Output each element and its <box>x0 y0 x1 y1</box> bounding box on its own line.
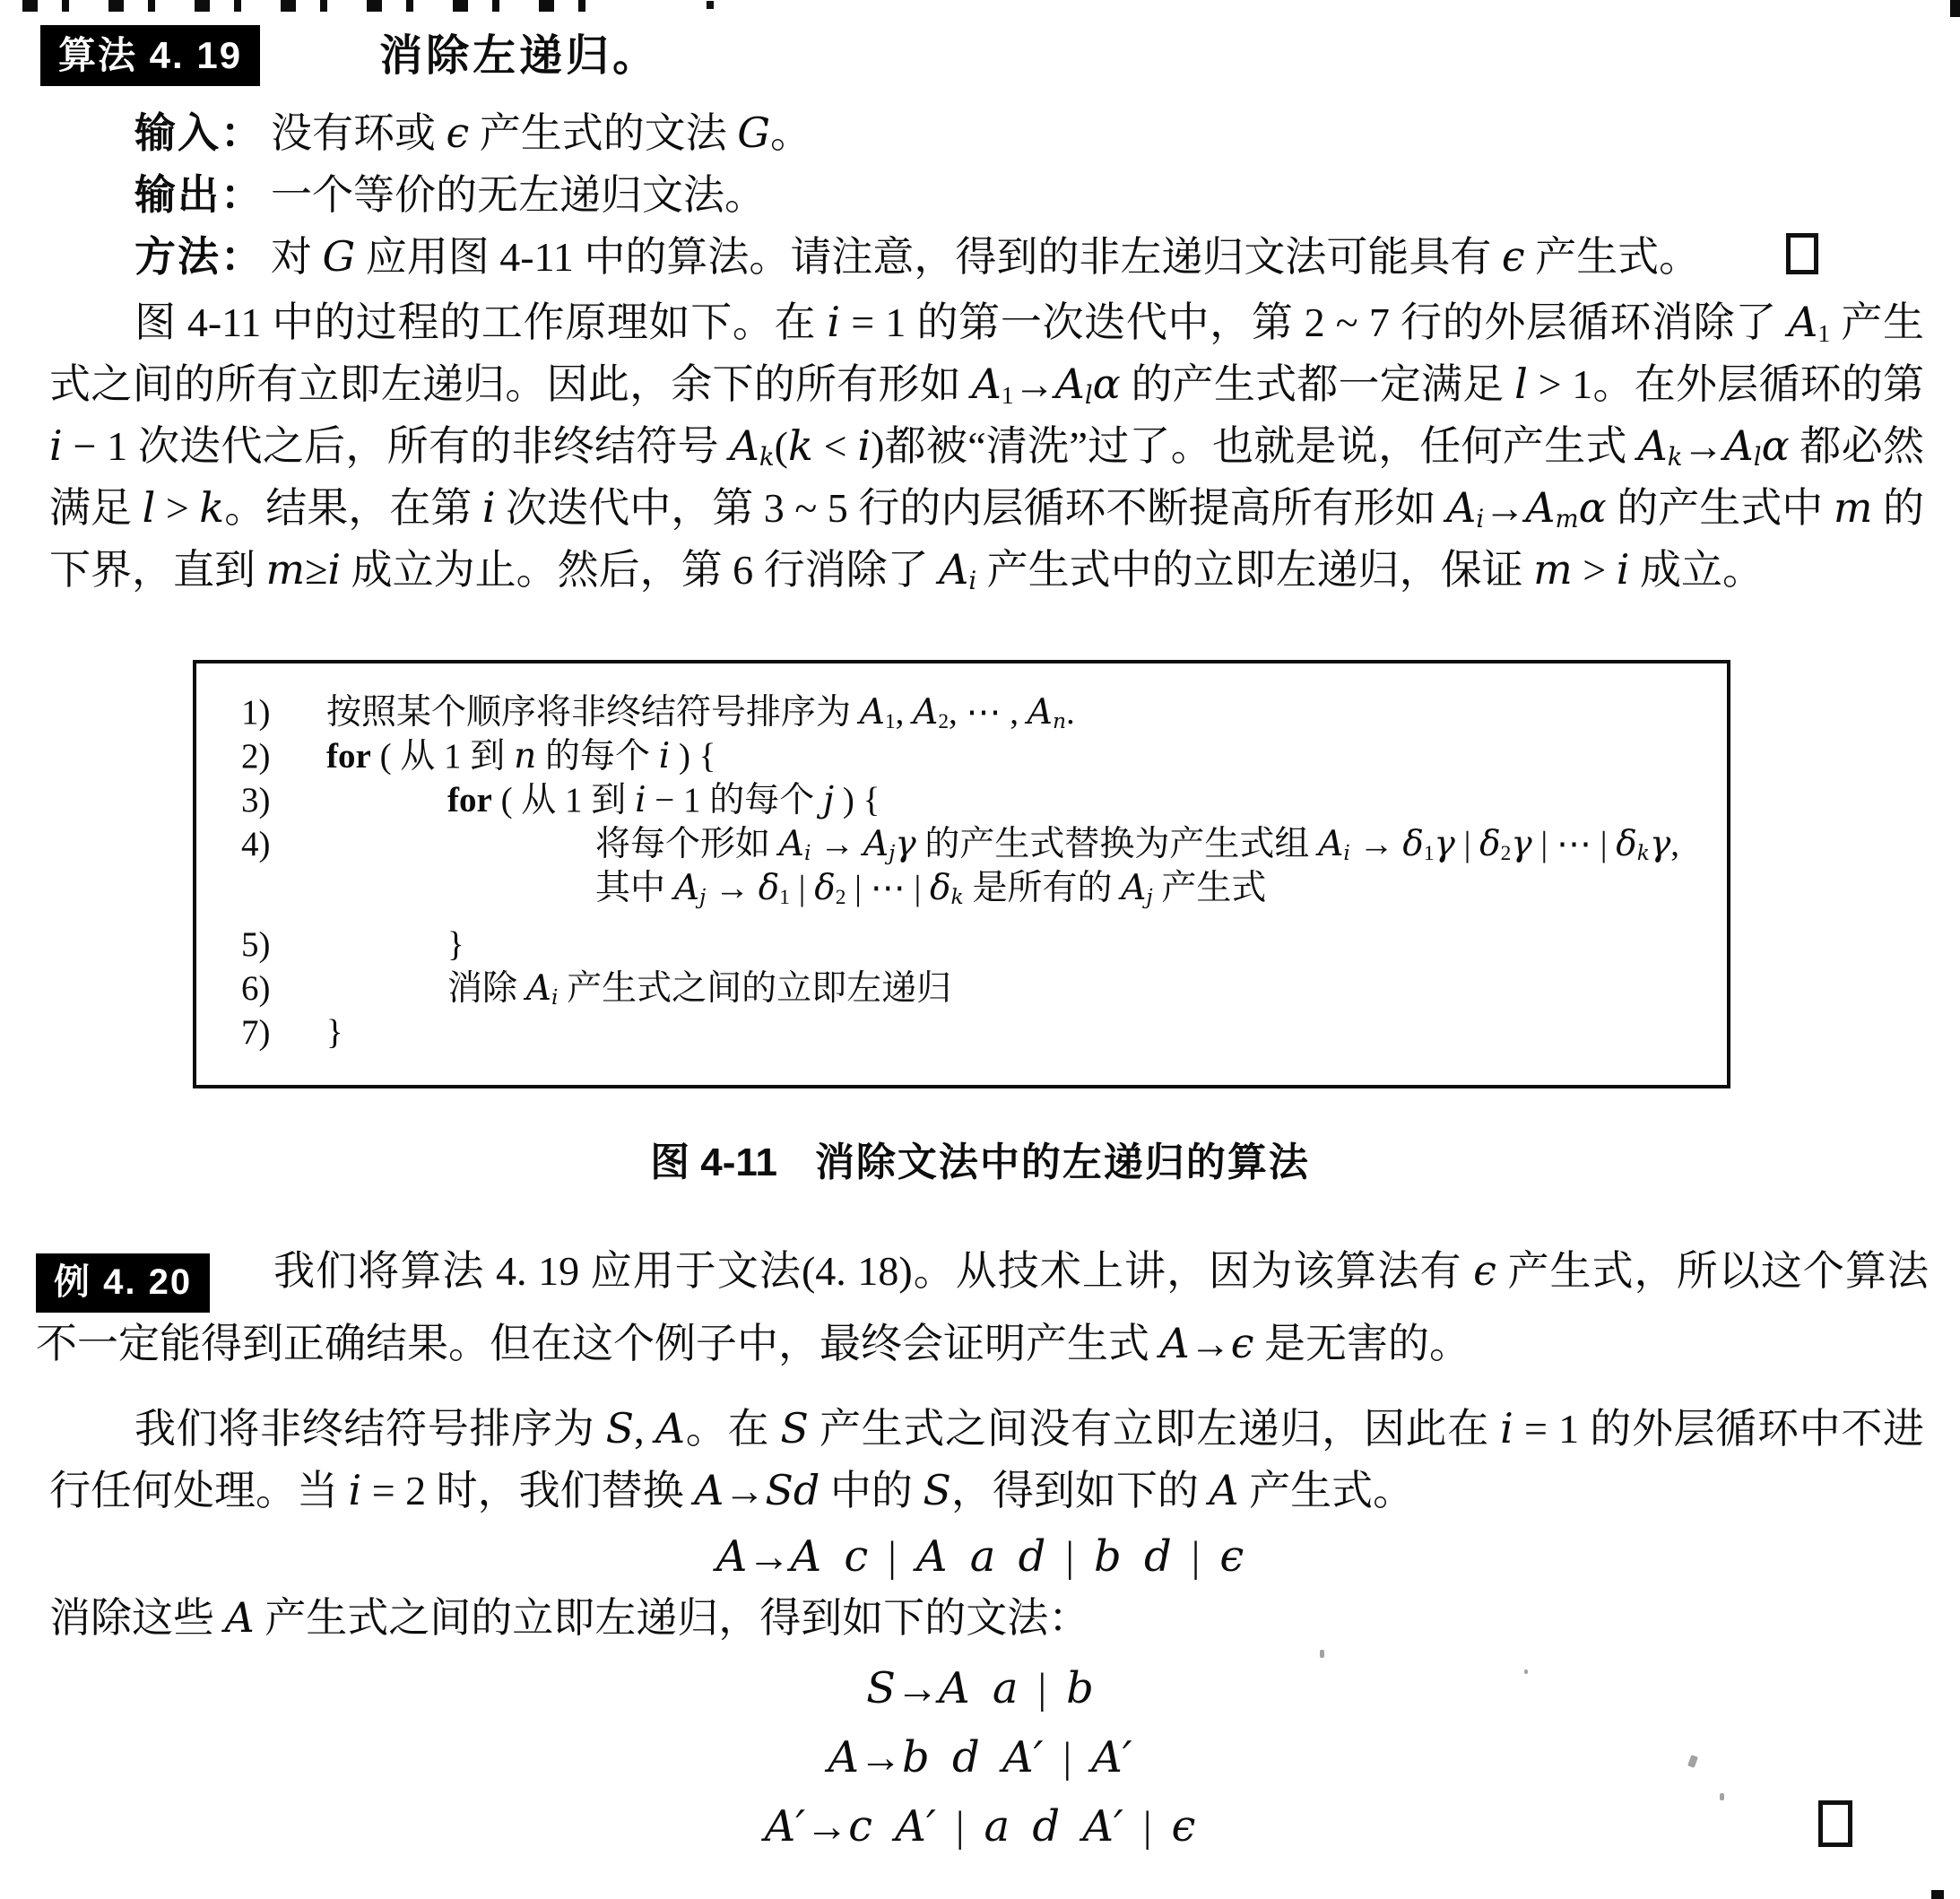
scan-speckle <box>1524 1669 1528 1674</box>
code-line-1: 1) 按照某个顺序将非终结符号排序为 A1, A2, ⋯ , An. <box>241 690 1704 734</box>
algorithm-title: 消除左递归。 <box>379 25 659 87</box>
end-of-algorithm-marker <box>1786 233 1818 274</box>
output-label: 输出： <box>134 171 264 218</box>
method-text: 对 G 应用图 4-11 中的算法。请注意，得到的非左递归文法可能具有 ϵ 产生… <box>271 234 1700 280</box>
end-of-example-marker <box>1818 1800 1852 1847</box>
figure-caption: 图 4-11消除文法中的左递归的算法 <box>0 1132 1960 1193</box>
line-number: 3) <box>241 778 326 822</box>
line-number: 7) <box>241 1010 326 1054</box>
code-text: for ( 从 1 到 i − 1 的每个 j ) { <box>326 778 880 822</box>
scan-speckle <box>707 1 714 9</box>
algorithm-heading: 算法 4. 19 消除左递归。 <box>40 23 1960 88</box>
figure-4-11-pseudocode-box: 1) 按照某个顺序将非终结符号排序为 A1, A2, ⋯ , An. 2) fo… <box>193 660 1730 1088</box>
code-text: 其中 Aj → δ1 | δ2 | ⋯ | δk 是所有的 Aj 产生式 <box>326 866 1266 910</box>
grammar-line-a-prime: A′→c A′ | a d A′ | ϵ <box>0 1792 1960 1861</box>
figure-caption-label: 图 4-11 <box>650 1140 777 1184</box>
line-number: 1) <box>241 690 326 734</box>
scan-speckle <box>1320 1650 1324 1658</box>
code-text: } <box>326 1010 343 1054</box>
code-text: 将每个形如 Ai → Ajγ 的产生式替换为产生式组 Ai → δ1γ | δ2… <box>326 822 1679 866</box>
method-label: 方法： <box>134 233 264 280</box>
method-line: 方法：对 G 应用图 4-11 中的算法。请注意，得到的非左递归文法可能具有 ϵ… <box>134 226 1924 288</box>
example-paragraph-1: 例 4. 20我们将算法 4. 19 应用于文法(4. 18)。从技术上讲，因为… <box>36 1240 1929 1374</box>
result-grammar-block: S→A a | b A→b d A′ | A′ A′→c A′ | a d A′… <box>0 1654 1960 1861</box>
input-text: 没有环或 ϵ 产生式的文法 G。 <box>271 110 811 156</box>
example-paragraph-3: 消除这些 A 产生式之间的立即左递归，得到如下的文法： <box>49 1587 1924 1649</box>
a-productions-formula: A→A c | A a d | b d | ϵ <box>0 1529 1960 1585</box>
code-text: } <box>326 923 464 967</box>
clipped-text-fragments <box>22 0 623 12</box>
line-number: 5) <box>241 923 326 967</box>
line-number: 2) <box>241 734 326 778</box>
code-text: for ( 从 1 到 n 的每个 i ) { <box>326 734 715 778</box>
grammar-line-a: A→b d A′ | A′ <box>0 1723 1960 1792</box>
grammar-line-s: S→A a | b <box>0 1654 1960 1723</box>
code-line-7: 7) } <box>241 1010 1704 1054</box>
input-line: 输入：没有环或 ϵ 产生式的文法 G。 <box>134 102 1924 164</box>
book-page: 算法 4. 19 消除左递归。 输入：没有环或 ϵ 产生式的文法 G。 输出：一… <box>0 0 1960 1899</box>
explanation-paragraph: 图 4-11 中的过程的工作原理如下。在 i = 1 的第一次迭代中，第 2 ~… <box>49 291 1924 601</box>
code-line-4: 4) 将每个形如 Ai → Ajγ 的产生式替换为产生式组 Ai → δ1γ |… <box>241 822 1704 866</box>
input-label: 输入： <box>134 109 264 156</box>
example-paragraph-2: 我们将非终结符号排序为 S, A。在 S 产生式之间没有立即左递归，因此在 i … <box>49 1398 1924 1522</box>
code-line-4-continued: 其中 Aj → δ1 | δ2 | ⋯ | δk 是所有的 Aj 产生式 <box>241 866 1704 910</box>
io-section: 输入：没有环或 ϵ 产生式的文法 G。 输出：一个等价的无左递归文法。 方法：对… <box>134 102 1924 288</box>
scan-artifact <box>1931 1890 1944 1899</box>
code-text: 按照某个顺序将非终结符号排序为 A1, A2, ⋯ , An. <box>326 690 1075 734</box>
example-paragraph-1-text: 我们将算法 4. 19 应用于文法(4. 18)。从技术上讲，因为该算法有 ϵ … <box>36 1248 1929 1366</box>
code-line-3: 3) for ( 从 1 到 i − 1 的每个 j ) { <box>241 778 1704 822</box>
scan-speckle <box>1720 1793 1724 1800</box>
code-line-2: 2) for ( 从 1 到 n 的每个 i ) { <box>241 734 1704 778</box>
example-badge: 例 4. 20 <box>36 1253 210 1313</box>
figure-caption-text: 消除文法中的左递归的算法 <box>815 1140 1310 1184</box>
code-line-6: 6) 消除 Ai 产生式之间的立即左递归 <box>241 967 1704 1010</box>
output-text: 一个等价的无左递归文法。 <box>271 172 766 218</box>
scan-artifact <box>1950 0 1960 17</box>
code-text: 消除 Ai 产生式之间的立即左递归 <box>326 967 951 1010</box>
output-line: 输出：一个等价的无左递归文法。 <box>134 164 1924 226</box>
line-number: 6) <box>241 967 326 1010</box>
line-number: 4) <box>241 822 326 866</box>
algorithm-badge: 算法 4. 19 <box>40 25 260 86</box>
code-line-5: 5) } <box>241 923 1704 967</box>
